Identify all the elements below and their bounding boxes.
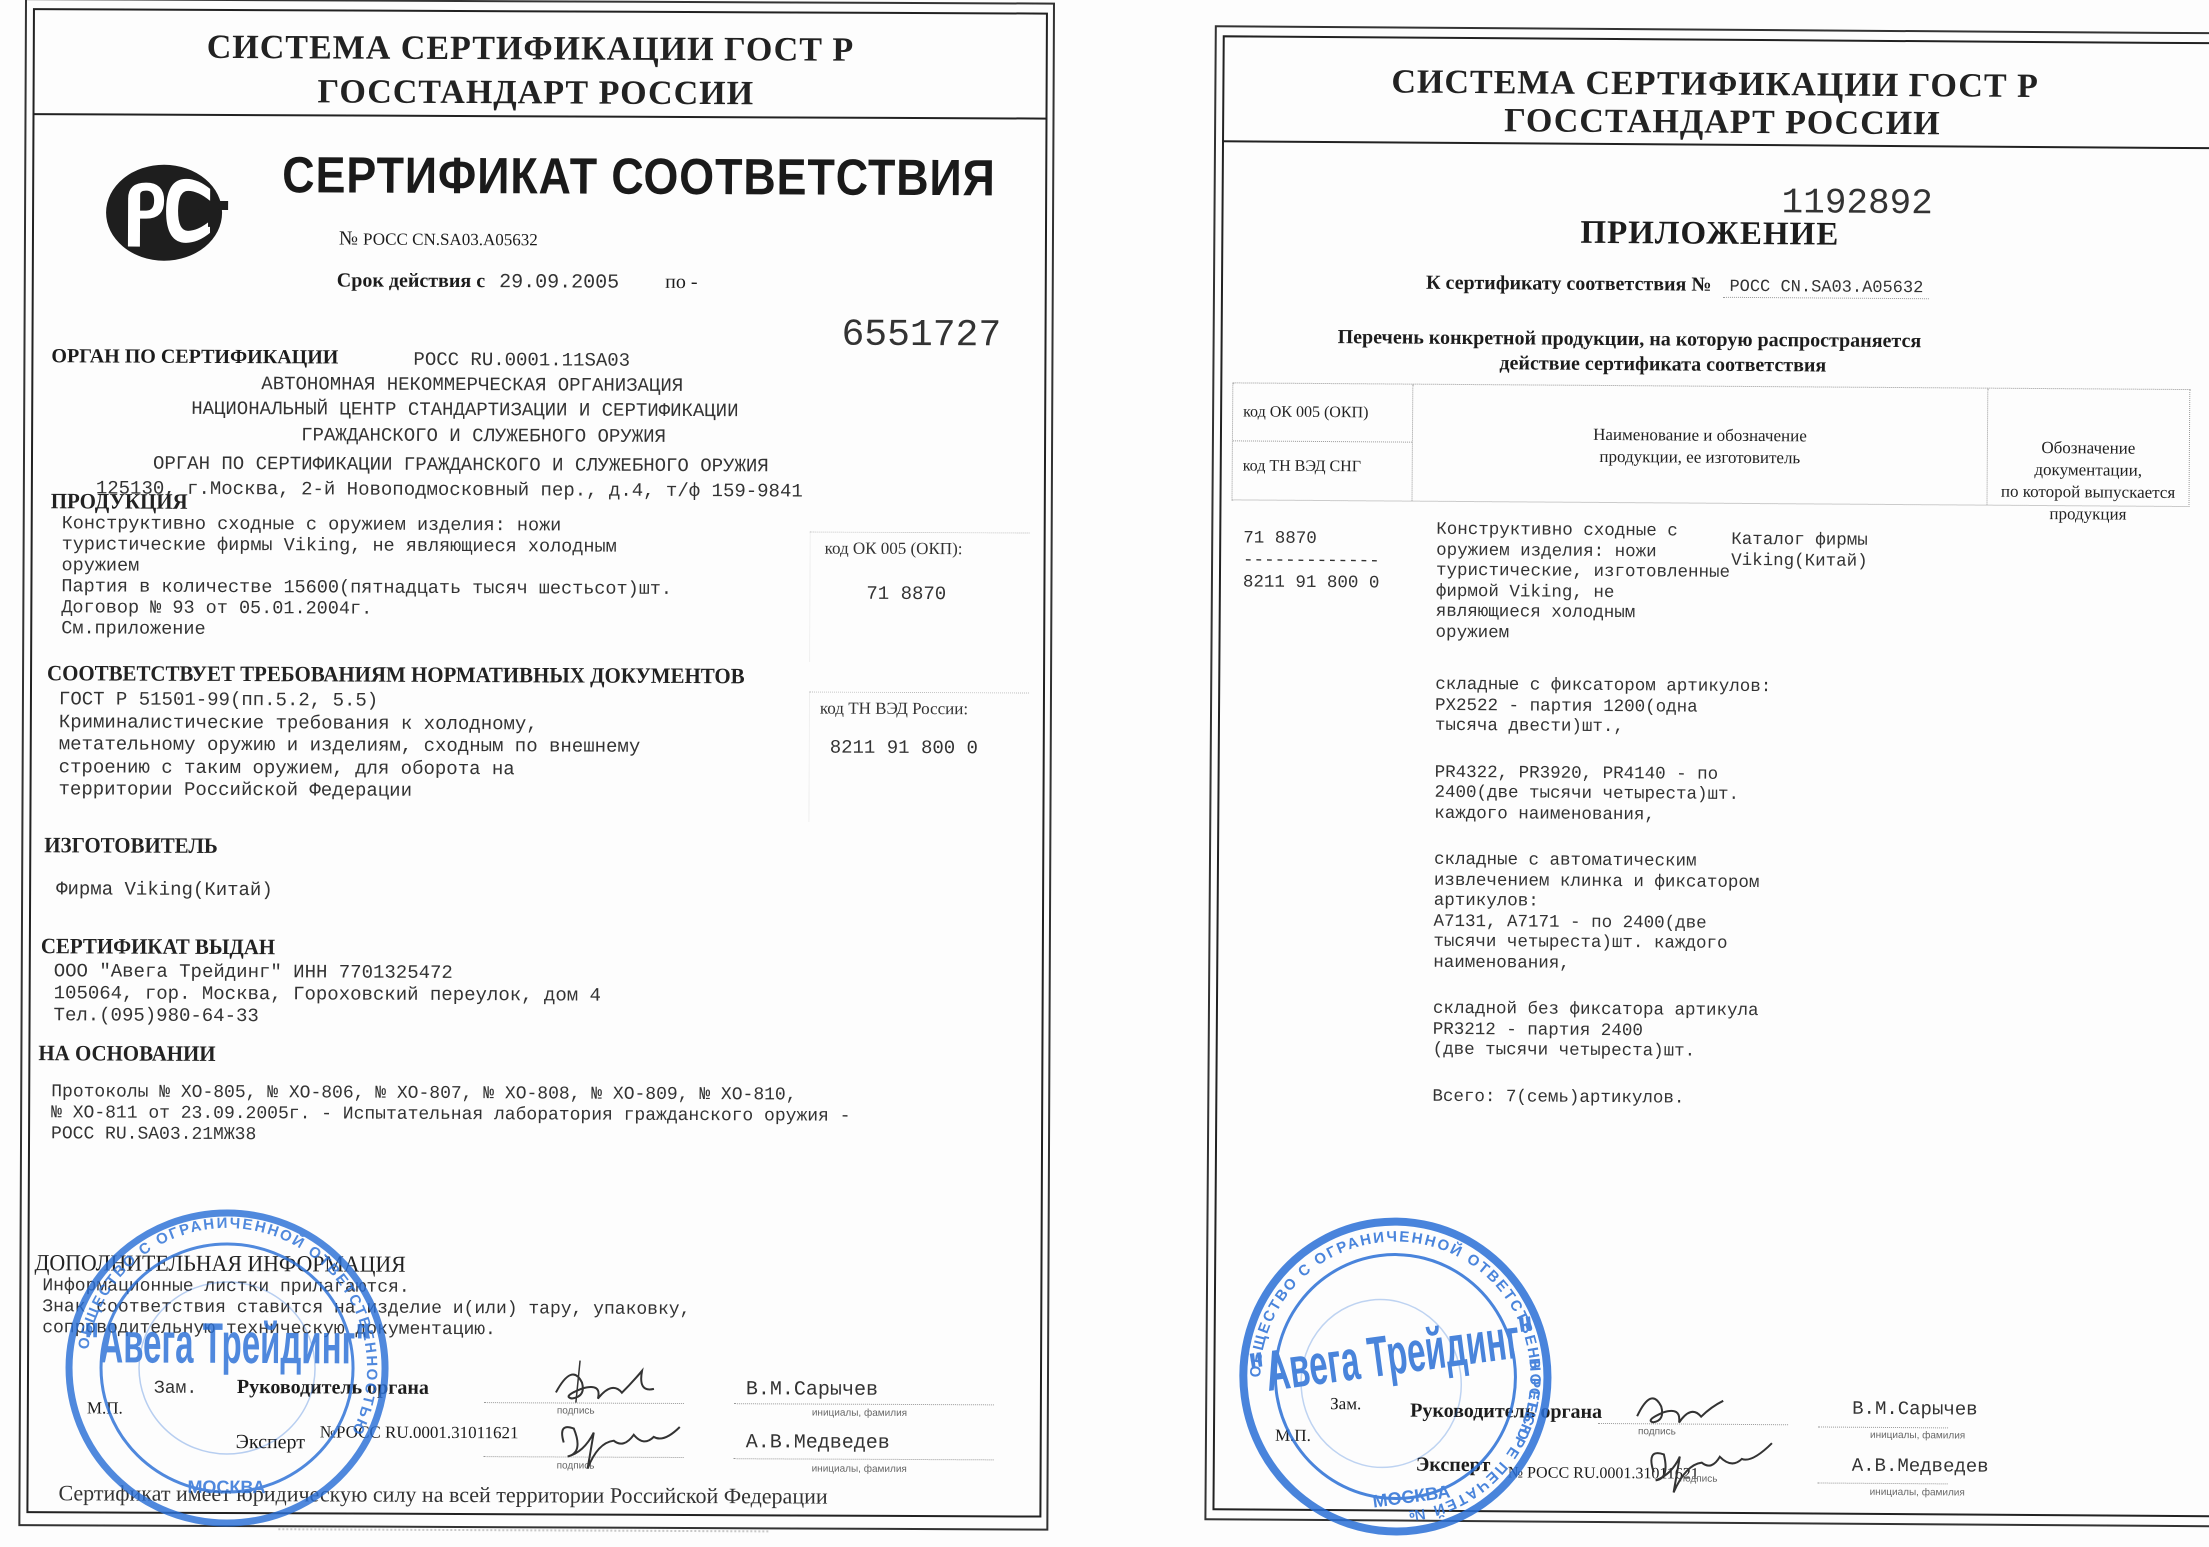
product-description: Конструктивно сходные с оружием изделия:…: [61, 513, 672, 642]
svg-text:"Авега Трейдинг": "Авега Трейдинг": [84, 1311, 371, 1376]
description-line: Конструктивно сходные с: [1436, 520, 1772, 543]
name-column-header: Наименование и обозначение продукции, ее…: [1413, 385, 1989, 505]
body-line-3: ГРАЖДАНСКОГО И СЛУЖЕБНОГО ОРУЖИЯ: [301, 424, 666, 448]
expert-name: А.В.Медведев: [1852, 1455, 1989, 1478]
validity-from: 29.09.2005: [499, 271, 619, 295]
annex-subtitle-1: Перечень конкретной продукции, на котору…: [1338, 326, 1922, 353]
system-title: СИСТЕМА СЕРТИФИКАЦИИ ГОСТ Р: [207, 29, 855, 70]
products-table-header: код ОК 005 (ОКП) код ТН ВЭД СНГ Наименов…: [1232, 382, 2191, 507]
description-line: PX2522 - партия 1200(одна: [1435, 695, 1771, 718]
description-line: оружием изделия: ножи: [1436, 540, 1772, 563]
description-paragraph: PR4322, PR3920, PR4140 - по2400(две тыся…: [1434, 762, 1770, 826]
description-line: тысяча двести)шт.,: [1435, 716, 1771, 739]
annex-title: ПРИЛОЖЕНИЕ: [1580, 215, 1839, 254]
row-documentation: Каталог фирмы Viking(Китай): [1731, 530, 1868, 572]
description-line: фирмой Viking, не: [1436, 581, 1772, 604]
code-header-divider: [1233, 440, 1412, 442]
standard-line: строению с таким оружием, для оборота на: [59, 756, 641, 781]
agency-title: ГОССТАНДАРТ РОССИИ: [1504, 102, 1941, 143]
manufacturer-value: Фирма Viking(Китай): [56, 878, 273, 901]
number-sign: №: [339, 227, 358, 249]
product-line: туристические фирмы Viking, не являющиес…: [62, 534, 673, 558]
description-line: являющиеся холодным: [1436, 602, 1772, 625]
standard-line: ГОСТ Р 51501-99(пп.5.2, 5.5): [59, 688, 641, 713]
tnved-value: 8211 91 800 0: [830, 737, 978, 760]
product-line: Конструктивно сходные с оружием изделия:…: [62, 513, 673, 537]
certificate-page: СИСТЕМА СЕРТИФИКАЦИИ ГОСТ Р ГОССТАНДАРТ …: [0, 0, 1100, 1547]
issued-to-line: Тел.(095)980-64-33: [54, 1004, 601, 1028]
description-line: 2400(две тысячи четыреста)шт.: [1434, 783, 1770, 806]
description-line: PR4322, PR3920, PR4140 - по: [1435, 762, 1771, 785]
annex-to-certificate: К сертификату соответствия № РОСС CN.SA0…: [1426, 272, 1929, 299]
description-line: наименования,: [1433, 952, 1769, 975]
description-line: PR3212 - партия 2400: [1433, 1019, 1769, 1042]
documentation-column-header: Обозначение документации, по которой вып…: [1987, 437, 2189, 526]
head-name: В.М.Сарычев: [1852, 1398, 1978, 1421]
row-okp-code: 71 8870: [1243, 528, 1317, 549]
description-line: оружием: [1436, 622, 1772, 645]
tnved-code-box: код ТН ВЭД России: 8211 91 800 0: [808, 692, 1029, 823]
description-paragraph: Всего: 7(семь)артикулов.: [1432, 1086, 1768, 1109]
header-line: продукции, ее изготовитель: [1413, 445, 1987, 471]
documentation-line: Viking(Китай): [1731, 550, 1868, 571]
certificate-number: № РОСС CN.SA03.A05632: [339, 227, 538, 251]
certificate-title: СЕРТИФИКАТ СООТВЕТСТВИЯ: [282, 145, 996, 207]
description-paragraph: складные с автоматическимизвлечением кли…: [1433, 850, 1770, 975]
name-caption: инициалы, фамилия: [812, 1464, 907, 1475]
form-number: 6551727: [841, 314, 1001, 358]
validity-label: Срок действия с: [337, 269, 485, 292]
certificate-number-value: РОСС CN.SA03.A05632: [363, 230, 538, 250]
issued-to-line: 105064, гор. Москва, Гороховский переуло…: [54, 982, 601, 1006]
description-line: артикулов:: [1434, 891, 1770, 914]
product-line: оружием: [61, 555, 672, 579]
header-line: по которой выпускается продукция: [1987, 481, 2188, 526]
description-line: складной без фиксатора артикула: [1433, 999, 1769, 1022]
agency-title: ГОССТАНДАРТ РОССИИ: [318, 73, 755, 113]
description-blocks: Конструктивно сходные соружием изделия: …: [1432, 520, 1772, 1109]
code-column-header: код ОК 005 (ОКП) код ТН ВЭД СНГ: [1233, 383, 1414, 500]
to-certificate-label: К сертификату соответствия №: [1426, 272, 1712, 296]
expert-signature-icon: [1640, 1428, 1780, 1499]
issued-to-details: ООО "Авега Трейдинг" ИНН 7701325472 1050…: [54, 960, 602, 1028]
product-line: Партия в количестве 15600(пятнадцать тыс…: [61, 576, 672, 600]
basis-heading: НА ОСНОВАНИИ: [38, 1040, 215, 1067]
compliance-heading: СООТВЕТСТВУЕТ ТРЕБОВАНИЯМ НОРМАТИВНЫХ ДО…: [47, 660, 745, 689]
name-caption: инициалы, фамилия: [1870, 1430, 1965, 1442]
row-tnved-code: 8211 91 800 0: [1243, 572, 1380, 593]
body-line-4: ОРГАН ПО СЕРТИФИКАЦИИ ГРАЖДАНСКОГО И СЛУ…: [153, 453, 769, 478]
basis-details: Протоколы № ХО-805, № ХО-806, № ХО-807, …: [51, 1082, 851, 1148]
company-seal-icon: ОБЩЕСТВО С ОГРАНИЧЕННОЙ ОТВЕТСТВЕННОСТЬЮ…: [56, 1202, 397, 1533]
validity-to-label: по -: [665, 271, 697, 293]
product-line: См.приложение: [61, 618, 672, 642]
body-address: 125130, г.Москва, 2-й Новоподмосковный п…: [96, 477, 803, 502]
manufacturer-heading: ИЗГОТОВИТЕЛЬ: [44, 832, 218, 859]
annex-subtitle-2: действие сертификата соответствия: [1499, 352, 1826, 377]
tnved-column-header: код ТН ВЭД СНГ: [1243, 455, 1361, 478]
description-line: извлечением клинка и фиксатором: [1434, 870, 1770, 893]
description-line: складные с автоматическим: [1434, 850, 1770, 873]
okp-code-box: код ОК 005 (ОКП): 71 8870: [809, 532, 1030, 663]
certification-body-code: РОСС RU.0001.11SA03: [413, 349, 630, 372]
expert-signature-icon: [554, 1412, 694, 1473]
header-line: Обозначение документации,: [1988, 437, 2189, 482]
certification-body-label: ОРГАН ПО СЕРТИФИКАЦИИ: [51, 345, 338, 369]
standard-line: территории Российской Федерации: [59, 778, 641, 803]
annex-page: СИСТЕМА СЕРТИФИКАЦИИ ГОСТ Р ГОССТАНДАРТ …: [1169, 0, 2209, 1547]
row-product-description: Конструктивно сходные соружием изделия: …: [1432, 520, 1772, 1135]
product-heading: ПРОДУКЦИЯ: [51, 488, 188, 515]
standard-line: Криминалистические требования к холодном…: [59, 711, 641, 736]
system-title: СИСТЕМА СЕРТИФИКАЦИИ ГОСТ Р: [1391, 63, 2039, 106]
description-line: (две тысячи четыреста)шт.: [1433, 1040, 1769, 1063]
description-line: A7131, A7171 - по 2400(две: [1434, 911, 1770, 934]
documentation-line: Каталог фирмы: [1731, 530, 1868, 551]
company-seal-icon: В РЕЕСТРЕ ПЕЧАТЕЙ № ОБЩЕСТВО С ОГРАНИЧЕН…: [1229, 1210, 1561, 1542]
name-caption: инициалы, фамилия: [1870, 1487, 1965, 1499]
description-line: складные с фиксатором артикулов:: [1435, 675, 1771, 698]
okp-label: код ОК 005 (ОКП):: [825, 539, 963, 560]
description-line: каждого наименования,: [1434, 803, 1770, 826]
svg-text:МОСКВА: МОСКВА: [187, 1477, 265, 1497]
head-signature-icon: [542, 1352, 662, 1413]
head-name: В.М.Сарычев: [746, 1378, 878, 1402]
row-code-separator: -------------: [1243, 550, 1380, 571]
expert-name: А.В.Медведев: [746, 1431, 890, 1455]
name-caption: инициалы, фамилия: [812, 1408, 907, 1419]
body-line-2: НАЦИОНАЛЬНЫЙ ЦЕНТР СТАНДАРТИЗАЦИИ И СЕРТ…: [191, 398, 738, 422]
validity-period: Срок действия с 29.09.2005 по -: [337, 269, 698, 295]
name-column-header-text: Наименование и обозначение продукции, ее…: [1413, 423, 1987, 471]
body-line-1: АВТОНОМНАЯ НЕКОММЕРЧЕСКАЯ ОРГАНИЗАЦИЯ: [261, 373, 683, 397]
description-paragraph: Конструктивно сходные соружием изделия: …: [1436, 520, 1773, 645]
product-line: Договор № 93 от 05.01.2004г.: [61, 597, 672, 621]
description-line: туристические, изготовленные: [1436, 561, 1772, 584]
to-certificate-number: РОСС CN.SA03.A05632: [1723, 278, 1929, 299]
issued-to-line: ООО "Авега Трейдинг" ИНН 7701325472: [54, 960, 601, 984]
description-line: Всего: 7(семь)артикулов.: [1432, 1086, 1768, 1109]
description-paragraph: складные с фиксатором артикулов:PX2522 -…: [1435, 675, 1771, 739]
tnved-label: код ТН ВЭД России:: [820, 699, 968, 720]
okp-column-header: код ОК 005 (ОКП): [1243, 401, 1368, 424]
rst-conformity-mark-icon: [102, 160, 232, 266]
issued-to-heading: СЕРТИФИКАТ ВЫДАН: [41, 933, 275, 960]
head-signature-icon: [1625, 1378, 1735, 1434]
standard-line: метательному оружию и изделиям, сходным …: [59, 733, 641, 758]
okp-value: 71 8870: [866, 583, 946, 605]
basis-line: РОСС RU.SA03.21МЖ38: [51, 1124, 850, 1148]
description-paragraph: складной без фиксатора артикулаPR3212 - …: [1433, 999, 1769, 1063]
compliance-standards: ГОСТ Р 51501-99(пп.5.2, 5.5) Криминалист…: [59, 688, 641, 803]
description-line: тысячи четыреста)шт. каждого: [1433, 932, 1769, 955]
